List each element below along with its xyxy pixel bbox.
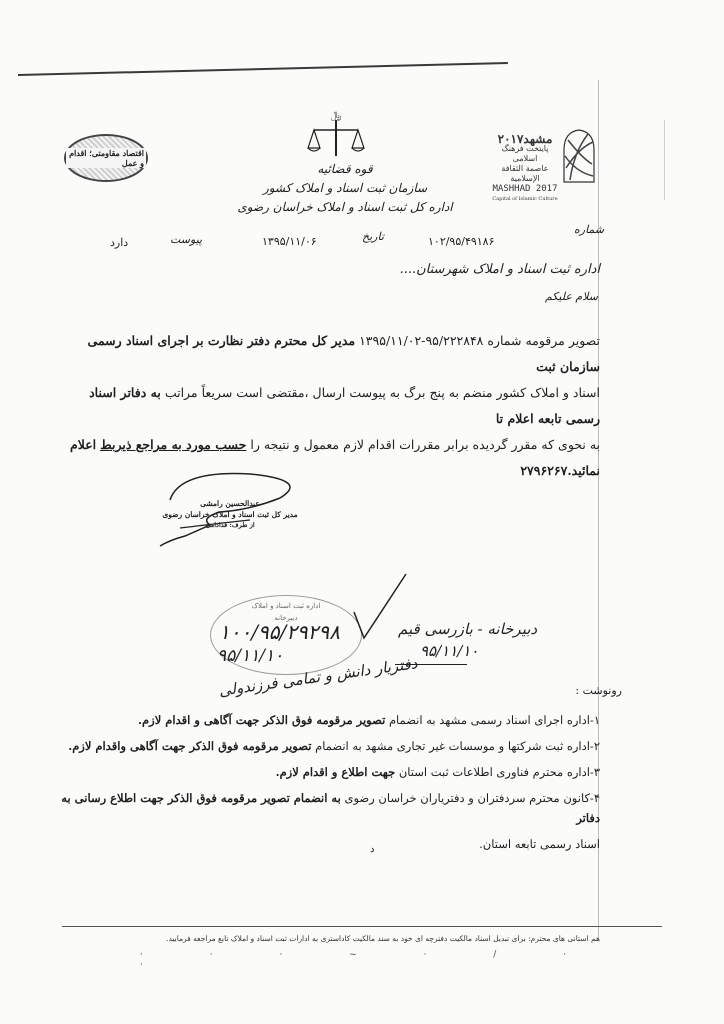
body-line-1: تصویر مرقومه شماره ۹۵/۲۲۲۸۴۸-۱۳۹۵/۱۱/۰۲ … — [60, 328, 600, 380]
footer-rule — [62, 926, 662, 927]
signatory-name: عبدالحسین رامشی — [150, 498, 310, 509]
top-rule — [18, 62, 508, 76]
signatory-title: مدیر کل ثبت اسناد و املاک خراسان رضوی — [150, 509, 310, 520]
signature-block: عبدالحسین رامشی مدیر کل ثبت اسناد و املا… — [140, 470, 330, 550]
slogan-oval-stamp: اقتصاد مقاومتی؛ اقدام و عمل — [64, 134, 148, 182]
date-label: تاریخ — [362, 230, 384, 243]
cc-item: ۴-کانون محترم سردفتران و دفتریاران خراسا… — [60, 788, 600, 828]
mashhad-logo-subtitle-fa: پایتخت فرهنگ اسلامی — [490, 144, 560, 164]
signatory-note: از طرف: فدادامی — [150, 520, 310, 531]
handwritten-note-1: دبیرخانه - بازرسی قیم — [398, 620, 537, 638]
number-value: ۱۰۲/۹۵/۴۹۱۸۶ — [428, 235, 495, 248]
cc-list: ۱-اداره اجرای اسناد رسمی مشهد به انضمام … — [60, 710, 600, 854]
mashhad-logo-title-en: MASHHAD 2017 — [490, 184, 560, 194]
date-value: ۱۳۹۵/۱۱/۰۶ — [262, 235, 317, 248]
cc-item: ۲-اداره ثبت شرکتها و موسسات غیر تجاری مش… — [60, 736, 600, 756]
cc-title: رونوشت : — [575, 684, 622, 697]
judiciary-scales-emblem: ﷼ — [306, 108, 366, 168]
stamp-number: ۱۰۰/۹۵/۲۹۲۹۸ — [219, 620, 340, 644]
scan-edge-line — [664, 120, 665, 200]
mashhad-logo-title: مشهد۲۰۱۷ — [490, 134, 560, 144]
footer-marks: · · · ~ · / · · — [140, 950, 600, 970]
letter-body: تصویر مرقومه شماره ۹۵/۲۲۲۸۴۸-۱۳۹۵/۱۱/۰۲ … — [60, 328, 600, 484]
body-line-2: اسناد و املاک کشور منضم به پنج برگ به پی… — [60, 380, 600, 432]
cc-item: ۱-اداره اجرای اسناد رسمی مشهد به انضمام … — [60, 710, 600, 730]
cc-continuation: اسناد رسمی تابعه استان. — [60, 834, 600, 854]
department-title: اداره کل ثبت اسناد و املاک خراسان رضوی — [230, 198, 460, 217]
addressee: اداره ثبت اسناد و املاک شهرستان.... — [400, 262, 600, 277]
stamp-header: اداره ثبت اسناد و املاک — [221, 602, 351, 610]
cc-item: ۳-اداره محترم فناوری اطلاعات ثبت استان ج… — [60, 762, 600, 782]
stamp-date: ۹۵/۱۱/۱۰ — [217, 646, 283, 666]
letterhead-titles: قوه قضائیه سازمان ثبت اسناد و املاک کشور… — [230, 160, 460, 217]
receipt-stamp: اداره ثبت اسناد و املاک دبیرخانه ۱۰۰/۹۵/… — [210, 595, 362, 675]
mashhad-2017-logo: مشهد۲۰۱۷ پایتخت فرهنگ اسلامی عاصمة الثقا… — [490, 120, 610, 205]
judiciary-title: قوه قضائیه — [230, 160, 460, 179]
greeting: سلام علیکم — [545, 290, 598, 303]
page-mark: د — [370, 844, 374, 855]
signatory: عبدالحسین رامشی مدیر کل ثبت اسناد و املا… — [150, 498, 310, 531]
number-label: شماره — [574, 222, 604, 236]
footer-note: هم استانی های محترم: برای تبدیل اسناد ما… — [130, 934, 600, 943]
organization-title: سازمان ثبت اسناد و املاک کشور — [230, 179, 460, 198]
attachment-label: پیوست — [170, 233, 202, 246]
svg-text:﷼: ﷼ — [330, 110, 341, 121]
mashhad-logo-subtitle-en: Capital of Islamic Culture — [490, 194, 560, 204]
slogan-text: اقتصاد مقاومتی؛ اقدام و عمل — [66, 148, 146, 168]
dome-globe-icon — [562, 128, 596, 184]
attachment-value: دارد — [110, 236, 128, 249]
mashhad-logo-subtitle-ar: عاصمة الثقافة الإسلامية — [490, 164, 560, 184]
handwritten-date: ۹۵/۱۱/۱۰ — [420, 642, 478, 660]
